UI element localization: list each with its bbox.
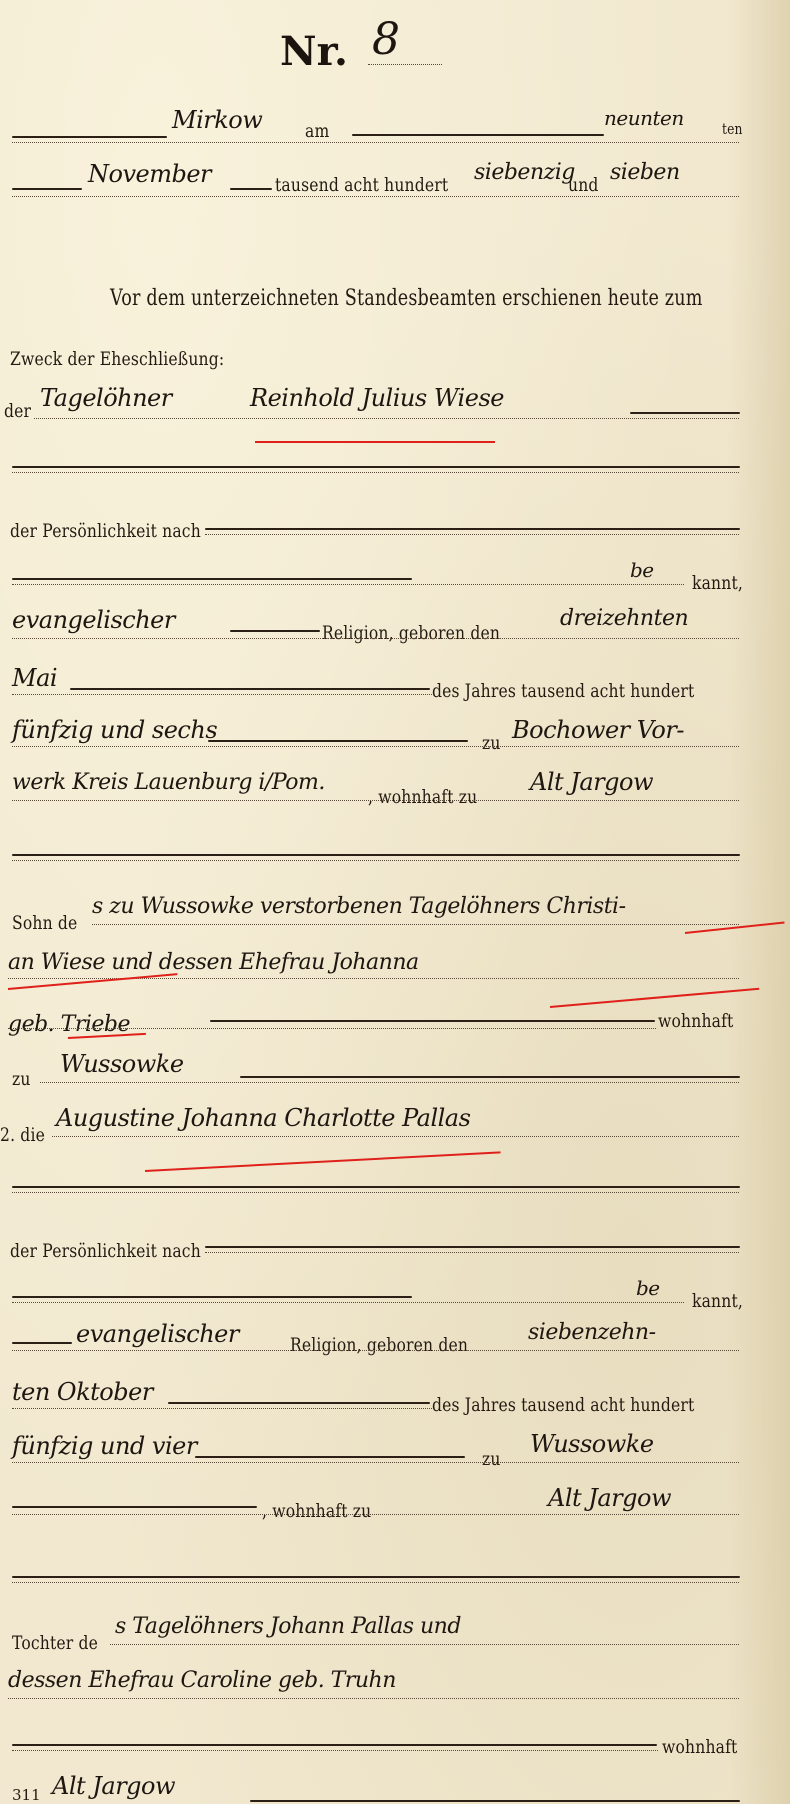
fill-rule: [12, 854, 740, 856]
red-underline-bride-name: [145, 1151, 501, 1172]
dotted-line: [12, 860, 739, 861]
fill-rule: [230, 630, 320, 632]
fill-rule: [12, 1296, 412, 1298]
fill-rule: [12, 1186, 740, 1188]
dotted-line: [12, 638, 739, 639]
groom-religion-label: Religion, geboren den: [322, 622, 500, 644]
fill-rule: [240, 1076, 740, 1078]
fill-rule: [12, 466, 740, 468]
groom-bekannt-handwritten: be: [630, 558, 654, 582]
fill-rule: [205, 528, 740, 530]
bride-birth-year: fünfzig und vier: [12, 1432, 197, 1460]
day-handwritten: neunten: [604, 106, 684, 130]
fill-rule: [12, 1744, 657, 1746]
bride-birth-day-1: siebenzehn-: [528, 1320, 656, 1345]
fill-rule: [12, 1576, 740, 1578]
record-number-label: Nr.: [280, 28, 348, 75]
dotted-line: [8, 1698, 739, 1699]
groom-birthplace-1: Bochower Vor-: [512, 716, 684, 744]
groom-parents-wohnhaft-label: wohnhaft: [658, 1010, 733, 1032]
dotted-line: [12, 472, 739, 473]
ten-label: ten: [722, 120, 743, 138]
fill-rule: [12, 1342, 72, 1344]
dotted-line: [12, 1192, 739, 1193]
red-underline-father-surname: [8, 973, 178, 990]
groom-parents-zu-label: zu: [12, 1068, 31, 1090]
groom-name: Reinhold Julius Wiese: [250, 384, 504, 412]
dotted-line: [12, 1582, 739, 1583]
groom-der-label: der: [4, 400, 31, 422]
sohn-label: Sohn de: [12, 912, 77, 934]
dotted-line: [12, 1350, 739, 1351]
fill-rule: [12, 136, 167, 138]
bride-jahres-label: des Jahres tausend acht hundert: [432, 1394, 694, 1416]
groom-kannt-label: kannt,: [692, 572, 743, 594]
tochter-label: Tochter de: [12, 1632, 98, 1654]
bride-parents-2: dessen Ehefrau Caroline geb. Truhn: [8, 1668, 396, 1693]
dotted-line: [12, 1514, 739, 1515]
groom-parents-3: geb. Triebe: [8, 1012, 130, 1037]
groom-zu-label: zu: [482, 732, 501, 754]
red-underline-mother-given: [550, 988, 759, 1008]
bride-index-label: 2. die: [0, 1124, 45, 1146]
record-number-value: 8: [372, 14, 400, 65]
am-label: am: [305, 120, 329, 142]
groom-parents-2: an Wiese und dessen Ehefrau Johanna: [8, 950, 419, 975]
fill-rule: [210, 1020, 655, 1022]
groom-religion: evangelischer: [12, 606, 175, 634]
bride-parents-1: s Tagelöhners Johann Pallas und: [115, 1614, 461, 1639]
fill-rule: [630, 412, 740, 414]
fill-rule: [12, 1506, 257, 1508]
fill-rule: [12, 188, 82, 190]
month-handwritten: November: [88, 160, 211, 188]
groom-parents-residence: Wussowke: [60, 1050, 184, 1078]
fill-rule: [70, 688, 430, 690]
und-label: und: [568, 174, 599, 196]
groom-birthplace-2: werk Kreis Lauenburg i/Pom.: [12, 770, 325, 795]
groom-birth-day: dreizehnten: [560, 606, 688, 631]
register-page: Nr. 8 Mirkow am neunten ten November tau…: [0, 0, 790, 1804]
bride-birthplace: Wussowke: [530, 1430, 654, 1458]
bride-persoenlichkeit-label: der Persönlichkeit nach: [10, 1240, 201, 1262]
bride-zu-label: zu: [482, 1448, 501, 1470]
groom-parents-1: s zu Wussowke verstorbenen Tagelöhners C…: [92, 894, 626, 919]
place-handwritten: Mirkow: [172, 106, 262, 134]
dotted-line: [12, 1462, 739, 1463]
dotted-line: [205, 1252, 739, 1253]
dotted-line: [92, 924, 739, 925]
dotted-line: [12, 746, 739, 747]
bride-residence: Alt Jargow: [548, 1484, 671, 1512]
dotted-line: [40, 1082, 739, 1083]
bride-bekannt-handwritten: be: [636, 1276, 660, 1300]
fill-rule: [208, 740, 468, 742]
dotted-line: [12, 1302, 684, 1303]
dotted-line: [110, 1644, 739, 1645]
bride-kannt-label: kannt,: [692, 1290, 743, 1312]
dotted-line: [205, 534, 739, 535]
bride-religion: evangelischer: [76, 1320, 239, 1348]
intro-line-1: Vor dem unterzeichneten Standesbeamten e…: [110, 286, 703, 311]
fill-rule: [195, 1456, 465, 1458]
fill-rule: [205, 1246, 740, 1248]
year-units-handwritten: sieben: [610, 160, 680, 185]
bride-parents-wohnhaft-label: wohnhaft: [662, 1736, 737, 1758]
dotted-line: [12, 1408, 432, 1409]
groom-birth-month: Mai: [12, 664, 57, 692]
groom-occupation: Tagelöhner: [40, 384, 172, 412]
year-printed: tausend acht hundert: [275, 174, 448, 196]
dotted-line: [12, 1750, 658, 1751]
dotted-line: [52, 1136, 739, 1137]
margin-number: 311: [12, 1786, 41, 1804]
groom-residence: Alt Jargow: [530, 768, 653, 796]
dotted-line: [12, 800, 739, 801]
groom-persoenlichkeit-label: der Persönlichkeit nach: [10, 520, 201, 542]
fill-rule: [352, 134, 604, 136]
bride-wohnhaft-label: , wohnhaft zu: [262, 1500, 371, 1522]
bride-birth-day-2: ten Oktober: [12, 1378, 153, 1406]
dotted-line: [12, 694, 432, 695]
groom-birth-year: fünfzig und sechs: [12, 716, 217, 744]
fill-rule: [168, 1402, 430, 1404]
year-tens-handwritten: siebenzig: [474, 160, 575, 185]
bride-parents-residence: Alt Jargow: [52, 1772, 175, 1800]
dotted-line: [12, 196, 739, 197]
dotted-line: [34, 418, 739, 419]
dotted-line: [12, 584, 684, 585]
fill-rule: [12, 578, 412, 580]
record-number-dotted-line: [368, 64, 442, 65]
dotted-line: [12, 142, 739, 143]
bride-name: Augustine Johanna Charlotte Pallas: [56, 1104, 470, 1132]
fill-rule: [250, 1800, 740, 1802]
groom-wohnhaft-label: , wohnhaft zu: [368, 786, 477, 808]
intro-line-2: Zweck der Eheschließung:: [10, 348, 224, 370]
red-underline-groom-name: [255, 441, 495, 443]
dotted-line: [8, 1028, 656, 1029]
bride-religion-label: Religion, geboren den: [290, 1334, 468, 1356]
fill-rule: [230, 188, 272, 190]
groom-jahres-label: des Jahres tausend acht hundert: [432, 680, 694, 702]
